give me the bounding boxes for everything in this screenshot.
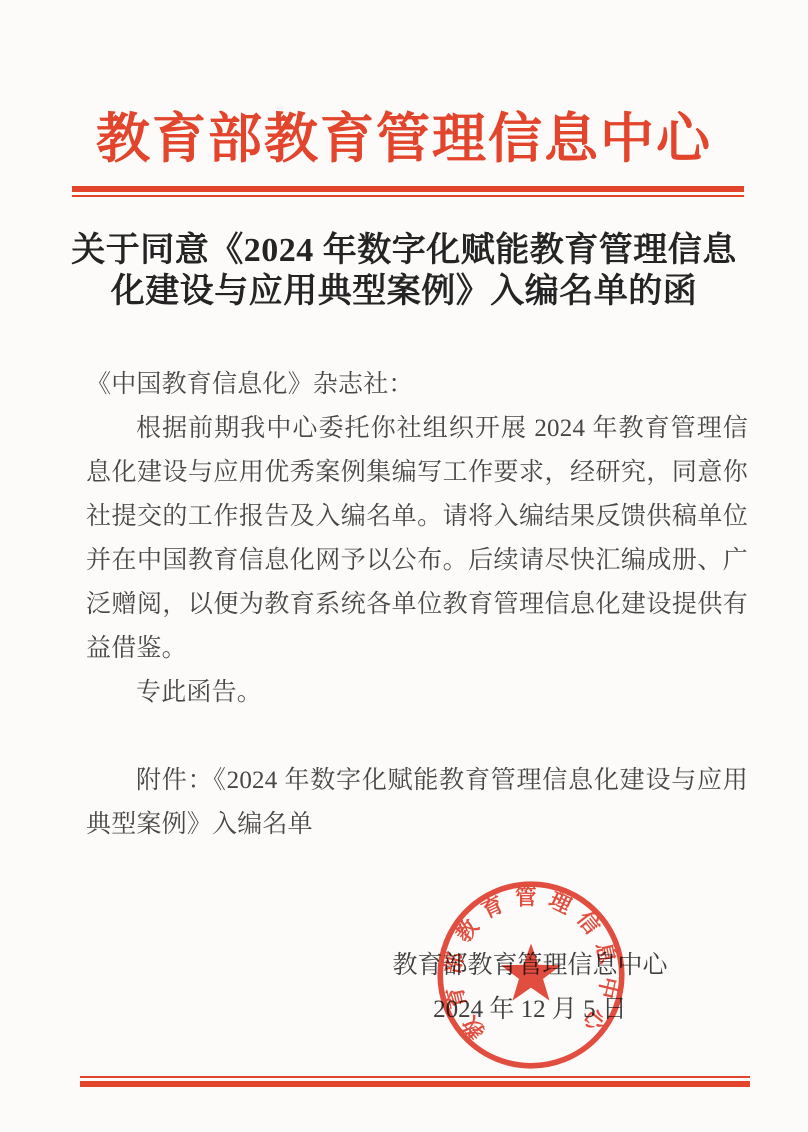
letterhead-org-title: 教育部教育管理信息中心	[0, 96, 808, 182]
salutation: 《中国教育信息化》杂志社：	[86, 363, 748, 407]
document-title-line1: 关于同意《2024 年数字化赋能教育管理信息	[0, 230, 808, 271]
top-divider-thin-line	[72, 195, 744, 197]
document-title: 关于同意《2024 年数字化赋能教育管理信息 化建设与应用典型案例》入编名单的函	[0, 230, 808, 312]
bottom-divider	[80, 1076, 750, 1087]
document-title-line2: 化建设与应用典型案例》入编名单的函	[0, 271, 808, 312]
official-seal: 教育部教育管理信息中心	[429, 873, 633, 1077]
top-divider	[72, 186, 744, 197]
seal-star-icon	[501, 943, 561, 1000]
document-page: 教育部教育管理信息中心 关于同意《2024 年数字化赋能教育管理信息 化建设与应…	[0, 0, 808, 1132]
attachment-note: 附件：《2024 年数字化赋能教育管理信息化建设与应用典型案例》入编名单	[86, 759, 748, 847]
letter-body: 《中国教育信息化》杂志社： 根据前期我中心委托你社组织开展 2024 年教育管理…	[86, 363, 748, 847]
closing-phrase: 专此函告。	[86, 671, 748, 715]
body-paragraph: 根据前期我中心委托你社组织开展 2024 年教育管理信息化建设与应用优秀案例集编…	[86, 407, 748, 671]
bottom-divider-thick-line	[80, 1081, 750, 1087]
